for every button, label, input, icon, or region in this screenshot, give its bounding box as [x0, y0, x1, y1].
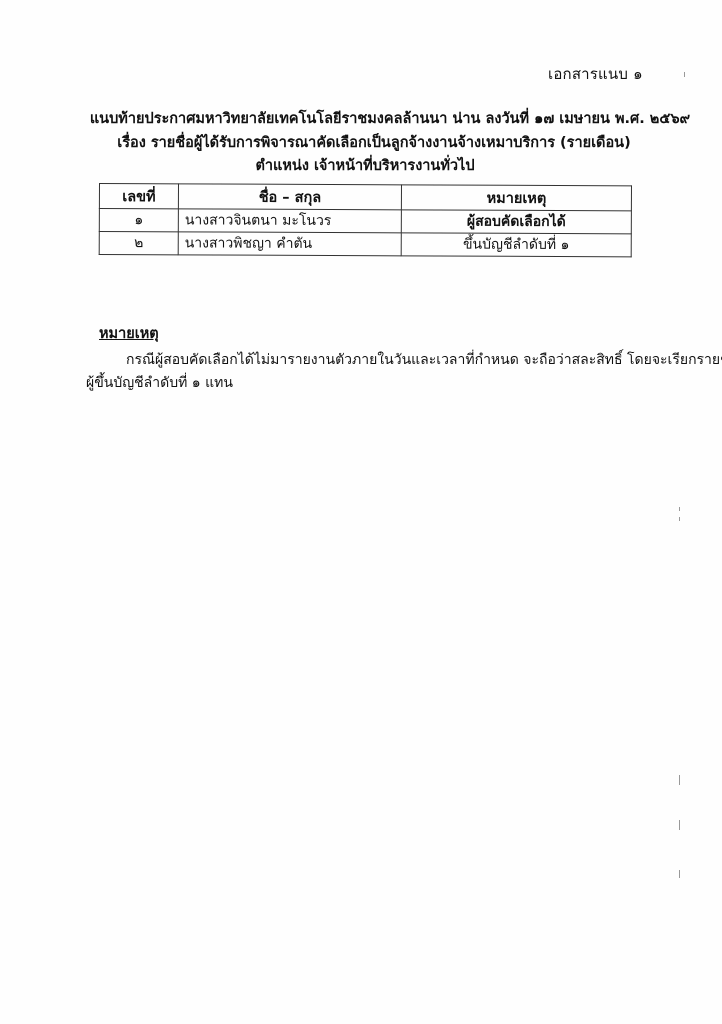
scan-mark [684, 72, 685, 77]
row-name: นางสาวจินตนา มะโนวร [178, 209, 401, 233]
row-number: ๑ [99, 209, 178, 232]
note-body-line-2: ผู้ขึ้นบัญชีลำดับที่ ๑ แทน [86, 372, 233, 394]
heading-line-2: เรื่อง รายชื่อผู้ได้รับการพิจารณาคัดเลือ… [13, 131, 722, 154]
heading-line-1: แนบท้ายประกาศมหาวิทยาลัยเทคโนโลยีราชมงคล… [29, 107, 722, 130]
row-number: ๒ [99, 232, 178, 255]
scan-mark [679, 870, 680, 878]
table-row: ๑ นางสาวจินตนา มะโนวร ผู้สอบคัดเลือกได้ [99, 209, 631, 234]
table-row: ๒ นางสาวพิชญา คำตัน ขึ้นบัญชีลำดับที่ ๑ [99, 232, 631, 257]
scan-mark [679, 517, 680, 521]
attachment-label: เอกสารแนบ ๑ [548, 62, 643, 86]
heading-line-3: ตำแหน่ง เจ้าหน้าที่บริหารงานทั่วไป [4, 154, 722, 177]
row-name: นางสาวพิชญา คำตัน [178, 232, 401, 256]
scan-mark [679, 507, 680, 511]
note-body-line-1: กรณีผู้สอบคัดเลือกได้ไม่มารายงานตัวภายใน… [126, 349, 722, 371]
note-title: หมายเหตุ [99, 322, 159, 345]
row-remark: ผู้สอบคัดเลือกได้ [401, 210, 631, 234]
header-name: ชื่อ – สกุล [178, 184, 401, 210]
header-number: เลขที่ [99, 184, 178, 209]
header-remark: หมายเหตุ [401, 185, 631, 211]
document-page: เอกสารแนบ ๑ แนบท้ายประกาศมหาวิทยาลัยเทคโ… [0, 0, 722, 1024]
row-remark: ขึ้นบัญชีลำดับที่ ๑ [401, 233, 631, 257]
scan-mark [679, 775, 680, 785]
results-table: เลขที่ ชื่อ – สกุล หมายเหตุ ๑ นางสาวจินต… [99, 183, 632, 257]
table-header-row: เลขที่ ชื่อ – สกุล หมายเหตุ [99, 184, 631, 211]
scan-mark [679, 820, 680, 830]
